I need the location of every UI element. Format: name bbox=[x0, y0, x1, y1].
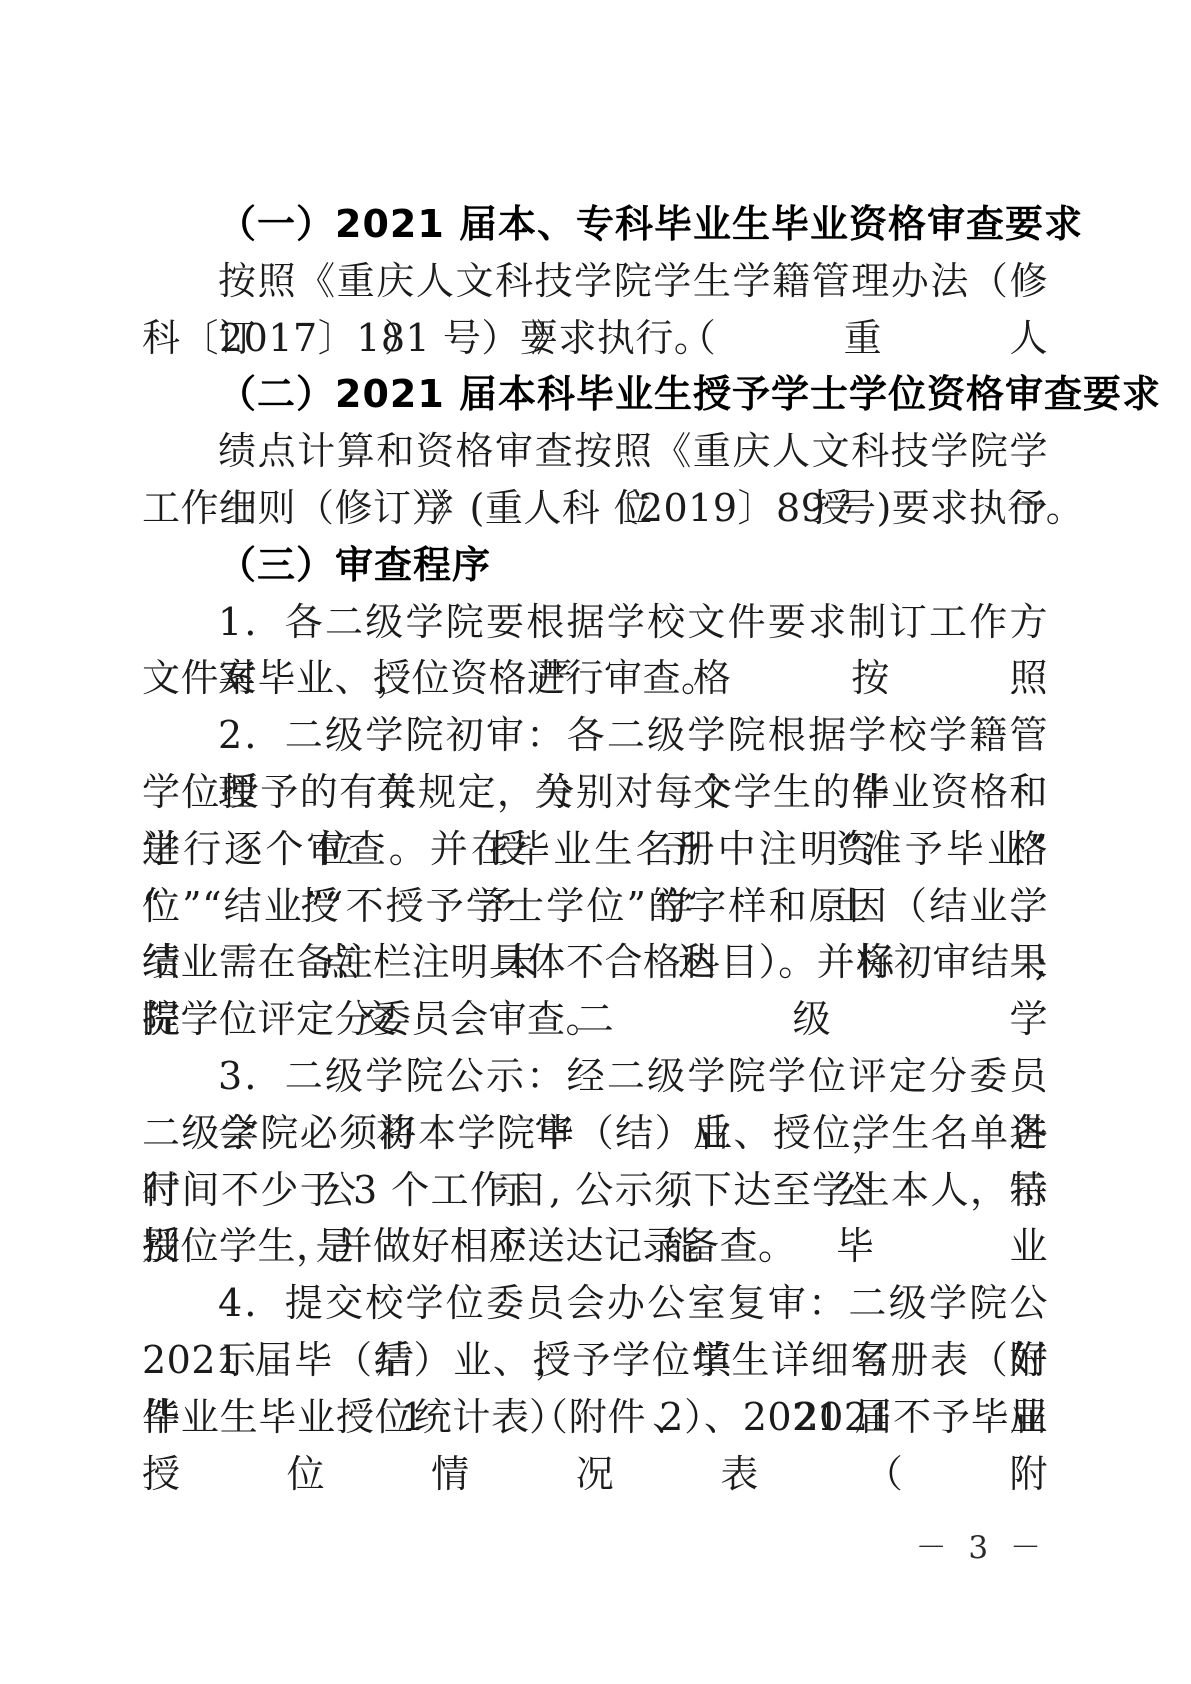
section-heading: （二）2021 届本科毕业生授予学士学位资格审查要求 bbox=[142, 366, 1048, 423]
document-lines: （一）2021 届本、专科毕业生毕业资格审查要求按照《重庆人文科技学院学生学籍管… bbox=[142, 196, 1048, 1446]
body-line: 工作细则（修订）》(重人科〔2019〕89 号)要求执行。 bbox=[142, 480, 1048, 537]
section-heading: （三）审查程序 bbox=[142, 537, 1048, 594]
page-number: － 3 － bbox=[916, 1522, 1047, 1567]
body-line: 毕业生毕业授位统计表（附件 2）、2021 届不予毕业授位情况表（附 bbox=[142, 1389, 1048, 1446]
body-line: 位”“结业”“不授予学士学位”的字样和原因（结业、绩点未达标; bbox=[142, 878, 1048, 935]
body-line: 2．二级学院初审：各二级学院根据学校学籍管理有关文件和 bbox=[142, 707, 1048, 764]
body-line: 学位授予的有关规定，分别对每个学生的毕业资格和学位授予资格 bbox=[142, 764, 1048, 821]
document-page: （一）2021 届本、专科毕业生毕业资格审查要求按照《重庆人文科技学院学生学籍管… bbox=[0, 0, 1191, 1684]
section-heading: （一）2021 届本、专科毕业生毕业资格审查要求 bbox=[142, 196, 1048, 253]
body-line: 2021 届毕（结）业、授予学位学生详细名册表（附件 1）、2021 届 bbox=[142, 1332, 1048, 1389]
body-line: 进行逐个审查。并在毕业生名册中注明“准予毕业”“授予学士学 bbox=[142, 821, 1048, 878]
body-line: 绩点计算和资格审查按照《重庆人文科技学院学士学位授予 bbox=[142, 423, 1048, 480]
body-line: 二级学院必须将本学院毕（结）业、授位学生名单进行公示, 公示 bbox=[142, 1105, 1048, 1162]
body-line: 按照《重庆人文科技学院学生学籍管理办法（修订）》（重人 bbox=[142, 253, 1048, 310]
body-line: 3．二级学院公示：经二级学院学位评定分委员会初审后，各 bbox=[142, 1048, 1048, 1105]
body-line: 1．各二级学院要根据学校文件要求制订工作方案，严格按照 bbox=[142, 594, 1048, 651]
body-line: 结业需在备注栏注明具体不合格科目）。并将初审结果提交二级学 bbox=[142, 934, 1048, 991]
body-line: 4．提交校学位委员会办公室复审：二级学院公示后，填写好 bbox=[142, 1275, 1048, 1332]
body-line: 时间不少于 3 个工作日, 公示须下达至学生本人，特别是不能毕业 bbox=[142, 1162, 1048, 1219]
